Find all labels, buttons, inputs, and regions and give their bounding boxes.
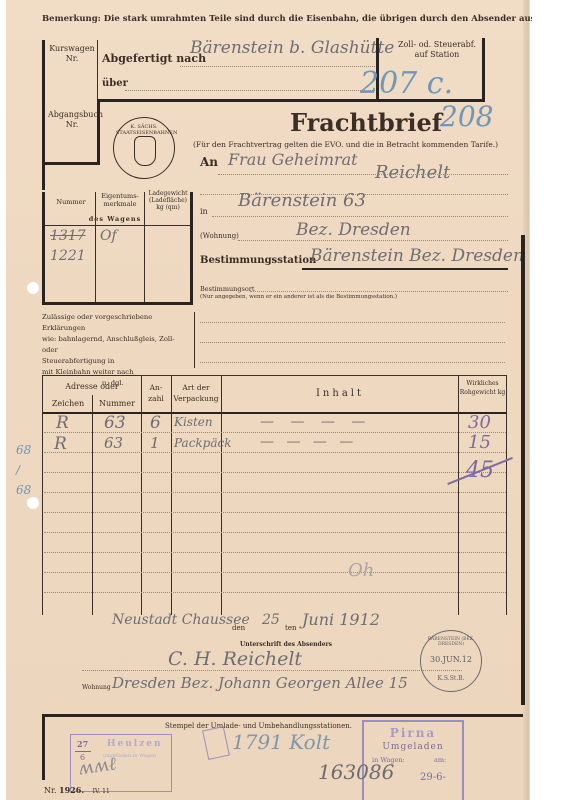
row1-verpackung: Kisten [174,415,213,429]
hdr-gewicht: Wirkliches Rohgewicht kg [459,379,506,397]
row-line [44,552,506,553]
declaration-line: mit Kleinbahn weiter nach [42,367,192,378]
signature-value: C. H. Reichelt [168,648,302,670]
dotted-line [125,90,375,91]
remark-text: Bemerkung: Die stark umrahmten Teile sin… [42,14,532,24]
title-number: 208 [440,100,493,133]
blue-note: 207 c. [360,66,453,101]
table-col-line [458,375,459,615]
hdr-anzahl: An-zahl [143,382,169,404]
row2-zeichen: R [54,434,67,454]
hdr-zeichen: Zeichen [44,399,92,408]
table-col-line [42,375,43,615]
dotted-line [180,66,375,67]
divider [97,40,98,100]
margin-note: 68 / 68 [16,440,38,500]
form-number: Nr. 1926. IV. 11 [44,785,110,795]
postmark-stamp: BÄRENSTEIN (BEZ. DRESDEN) 30.JUN.12 K.S.… [420,630,482,692]
wohnung-label: (Wohnung) [200,232,239,240]
page-title: Frachtbrief [290,108,442,137]
seal-text: K. SÄCHS. STAATSEISENBAHNEN [116,124,172,136]
hdr-verpackung: Art der Verpackung [173,382,219,404]
dotted-line [250,291,508,292]
table-col-line [171,375,172,615]
divider [45,225,190,226]
row-line [44,532,506,533]
hdr-adresse: Adresse oder [44,382,140,391]
total-weight: 45 [466,458,494,483]
frame-line [482,38,485,100]
declaration-line: wie: bahnlagernd, Anschlußgleis, Zoll- o… [42,334,192,356]
row2-anzahl: 1 [150,434,160,452]
col-eigentum: Eigentums-merkmale [97,192,143,208]
day-value: 25 [262,612,280,628]
wagon-frame-left [42,192,45,304]
form-nr: 1926. [59,785,84,795]
signature-label: Unterschrift des Absenders [240,641,332,648]
row1-zeichen: R [56,413,69,433]
pirna-line3: am: [434,756,446,764]
row-line [44,592,506,593]
sender-wohnung-label: Wohnung [82,684,111,691]
pirna-line1: Umgeladen [364,742,462,752]
dotted-line [200,342,505,343]
form-nr-label: Nr. [44,786,57,795]
dotted-line [238,240,508,241]
station-label: Bestimmungsstation [200,255,316,266]
abgefertigt-value: Bärenstein b. Glashütte [190,38,394,58]
row-line [44,512,506,513]
an-value-2: Reichelt [375,162,450,183]
month-value: Juni 1912 [302,610,380,629]
stamps-frame-top [42,714,523,717]
table-col-line [141,375,142,615]
pirna-hand-number: 163086 [318,760,394,784]
divider [95,192,96,302]
stamps-frame-left [42,714,45,780]
wagon-subheader: des Wagens [60,215,170,223]
postmark-text: BÄRENSTEIN (BEZ. DRESDEN) [423,637,479,647]
wagon-frame-bottom [42,302,193,305]
row1-nummer: 63 [104,413,126,433]
punch-hole [27,282,39,294]
title-subtitle: (Für den Frachtvertrag gelten die EVO. u… [193,140,498,149]
in-value: Bärenstein 63 [238,190,366,211]
row-line [44,452,506,453]
mid-note: Oh [348,560,374,581]
ueber-label: über [102,78,128,89]
left-frame-line [42,40,45,190]
stamps-label: Stempel der Umlade- und Umbehandlungssta… [165,722,352,730]
table-top-line [42,375,507,376]
ten-label: ten [285,624,296,632]
wagon-number-2: 1221 [50,248,86,264]
crown-icon [134,136,156,166]
station-value: Bärenstein Bez. Dresden [310,246,524,266]
row-line [44,572,506,573]
table-col-line [221,375,222,615]
dotted-line [200,362,505,363]
fraction-line [75,751,91,752]
stamp-city: Heulzen [107,739,163,749]
place-value: Neustadt Chaussee [112,612,250,628]
hdr-nummer: Nummer [93,399,141,408]
row2-verpackung: Packpäck [174,436,232,450]
pirna-city: Pirna [364,726,462,740]
in-label: in [200,207,208,216]
col-nummer: Nummer [48,198,94,206]
wagon-frame-right [190,192,193,304]
stamp-mid-note: 1791 Kolt [232,730,330,754]
postmark-date: 30.JUN.12 [427,655,475,664]
declarations-block: Zulässige oder vorgeschriebene Erklärung… [42,312,192,389]
wagon-mark: Of [100,228,117,244]
frame-line [42,162,100,165]
railway-seal: K. SÄCHS. STAATSEISENBAHNEN [113,117,175,179]
ort-label: Bestimmungsort [200,285,254,293]
ort-note: (Nur angegeben, wenn er ein anderer ist … [200,294,397,300]
pirna-date: 29-6- [420,772,446,783]
divider [194,312,195,368]
kurswagen-label: Kurswagen Nr. [48,44,96,64]
form-version: IV. 11 [93,788,110,795]
declaration-line: Steuerabfertigung in [42,356,192,367]
row1-inhalt: — — — — [260,414,371,430]
abgangsbuch-label: Abgangsbuch Nr. [48,110,96,130]
row1-anzahl: 6 [150,413,161,433]
row-line [44,492,506,493]
divider [144,192,145,302]
row1-gewicht: 30 [468,412,491,433]
zoll-label: Zoll- od. Steuerabf. auf Station [392,40,482,60]
dotted-line [212,216,508,217]
stamp-date-top: 27 [77,739,88,749]
row2-inhalt: — — — — [260,434,357,450]
an-value: Frau Geheimrat [228,150,358,169]
table-col-line [506,375,507,615]
frame-line [97,99,485,102]
sender-wohnung-value: Dresden Bez. Johann Georgen Allee 15 [112,674,408,692]
den-label: den [232,624,245,632]
station-underline [302,268,508,270]
row2-nummer: 63 [104,434,123,452]
hdr-inhalt: Inhalt [222,388,458,399]
dotted-line [218,174,508,175]
dotted-line [82,670,462,671]
an-label: An [200,155,218,169]
row-line [44,472,506,473]
postmark-bottom: K.S.St.B. [427,675,475,682]
row2-gewicht: 15 [468,432,491,453]
dotted-line [200,322,505,323]
frame-line [97,99,100,164]
punch-hole [27,497,39,509]
declaration-line: Zulässige oder vorgeschriebene Erklärung… [42,312,192,334]
right-frame-line [521,235,525,705]
col-ladegewicht: Ladegewicht (Ladefläche) kg (qm) [146,190,190,211]
wagon-number: 1317 [50,228,86,244]
wohnung-value: Bez. Dresden [296,220,411,240]
table-col-line [92,395,93,615]
